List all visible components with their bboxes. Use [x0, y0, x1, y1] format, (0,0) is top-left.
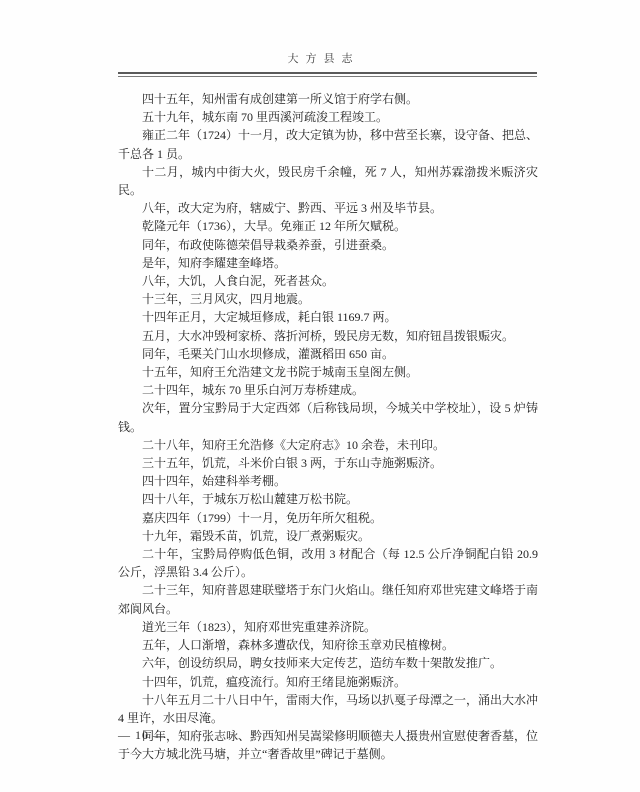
- chronicle-entry: 五月，大水冲毁柯家桥、落折河桥，毁民房无数，知府钮昌拨银赈灾。: [118, 327, 538, 345]
- chronicle-entry: 是年，知府李耀建奎峰塔。: [118, 254, 538, 272]
- chronicle-entry: 嘉庆四年（1799）十一月，免历年所欠租税。: [118, 509, 538, 527]
- chronicle-entry: 二十年，宝黔局停购低色铜，改用 3 材配合（每 12.5 公斤净铜配白铅 20.…: [118, 545, 538, 581]
- chronicle-entry: 同年，毛栗关门山水坝修成，灌溉稻田 650 亩。: [118, 345, 538, 363]
- chronicle-entry: 四十八年，于城东万松山麓建万松书院。: [118, 490, 538, 508]
- chronicle-entry: 八年，改大定为府，辖威宁、黔西、平远 3 州及毕节县。: [118, 199, 538, 217]
- chronicle-entry: 五十九年，城东南 70 里西溪河疏浚工程竣工。: [118, 108, 538, 126]
- chronicle-entry: 同年，知府张志咏、黔西知州吴嵩梁修明顺德夫人摄贵州宣慰使奢香墓，位于今大方城北洗…: [118, 727, 538, 763]
- chronicle-entry: 十八年五月二十八日中午，雷雨大作，马场以扒戛子母潭之一，涌出大水冲 4 里许，水…: [118, 691, 538, 727]
- scanned-book-page: 大方县志 四十五年，知州雷有成创建第一所义馆于府学右侧。五十九年，城东南 70 …: [0, 0, 640, 792]
- chronicle-entry: 八年，大饥，人食白泥，死者甚众。: [118, 272, 538, 290]
- chronicle-entry: 雍正二年（1724）十一月，改大定镇为协，移中营至长寨，设守备、把总、千总各 1…: [118, 126, 538, 162]
- chronicle-entry: 次年，置分宝黔局于大定西郊（后称钱局坝，今城关中学校址），设 5 炉铸钱。: [118, 399, 538, 435]
- header-double-rule: [118, 72, 537, 77]
- chronicle-entry: 十四年正月，大定城垣修成，耗白银 1169.7 两。: [118, 308, 538, 326]
- chronicle-entry: 三十五年，饥荒，斗米价白银 3 两，于东山寺施粥赈济。: [118, 454, 538, 472]
- chronicle-entry: 十二月，城内中街大火，毁民房千余幢，死 7 人，知州苏霖渤拨米赈济灾民。: [118, 163, 538, 199]
- page-number: — 10 —: [118, 728, 166, 743]
- chronicle-entry: 二十三年，知府普恩建联璧塔于东门火焰山。继任知府邓世宪建文峰塔于南郊阆风台。: [118, 581, 538, 617]
- chronicle-entry: 十九年，霜毁禾苗，饥荒，设厂煮粥赈灾。: [118, 527, 538, 545]
- chronicle-entry: 十三年，三月风灾，四月地震。: [118, 290, 538, 308]
- chronicle-entry: 二十八年，知府王允浩修《大定府志》10 余卷，未刊印。: [118, 436, 538, 454]
- chronicle-entry: 道光三年（1823），知府邓世宪重建养济院。: [118, 618, 538, 636]
- chronicle-entry: 同年，布政使陈德荣倡导栽桑养蚕，引进蚕桑。: [118, 236, 538, 254]
- chronicle-entry: 四十四年，始建科举考棚。: [118, 472, 538, 490]
- chronicle-entry: 十五年，知府王允浩建文龙书院于城南玉皇阁左侧。: [118, 363, 538, 381]
- chronicle-entry: 十四年，饥荒，瘟疫流行。知府王绪昆施粥赈济。: [118, 673, 538, 691]
- chronicle-entry: 五年，人口渐增，森林多遭砍伐，知府徐玉章劝民植橡树。: [118, 636, 538, 654]
- page-header-title: 大方县志: [0, 50, 640, 66]
- chronicle-text: 四十五年，知州雷有成创建第一所义馆于府学右侧。五十九年，城东南 70 里西溪河疏…: [118, 90, 538, 764]
- chronicle-entry: 乾隆元年（1736），大旱。免雍正 12 年所欠赋税。: [118, 217, 538, 235]
- chronicle-entry: 四十五年，知州雷有成创建第一所义馆于府学右侧。: [118, 90, 538, 108]
- chronicle-entry: 二十四年，城东 70 里乐白河万寿桥建成。: [118, 381, 538, 399]
- chronicle-entry: 六年，创设纺织局，聘女技师来大定传艺，造纺车数十架散发推广。: [118, 654, 538, 672]
